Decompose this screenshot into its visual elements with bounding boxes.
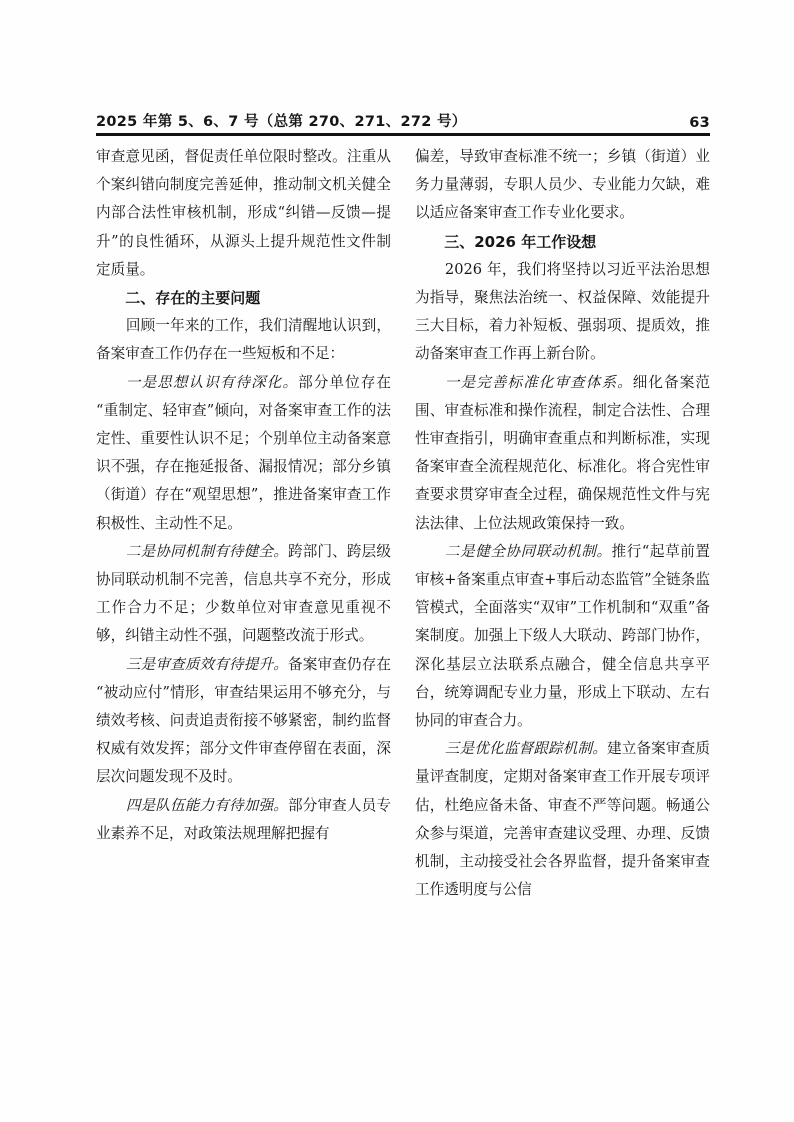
item-text: 推行“起草前置审核+备案重点审查+事后动态监管”全链条监管模式，全面落实“双审”… bbox=[415, 543, 710, 729]
paragraph-item-1: 一是完善标准化审查体系。细化备案范围、审查标准和操作流程，制定合法性、合理性审查… bbox=[415, 369, 710, 538]
item-lead: 二是协同机制有待健全。 bbox=[126, 543, 288, 560]
item-text: 建立备案审查质量评查制度，定期对备案审查工作开展专项评估，杜绝应备未备、审查不严… bbox=[415, 740, 710, 898]
paragraph-continuation: 审查意见函，督促责任单位限时整改。注重从个案纠错向制度完善延伸，推动制文机关健全… bbox=[96, 143, 391, 284]
item-lead: 三是优化监督跟踪机制。 bbox=[445, 740, 607, 757]
paragraph-overview: 2026 年，我们将坚持以习近平法治思想为指导，聚焦法治统一、权益保障、效能提升… bbox=[415, 256, 710, 369]
paragraph-item-3: 三是审查质效有待提升。备案审查仍存在“被动应付”情形，审查结果运用不够充分，与绩… bbox=[96, 651, 391, 792]
left-column: 审查意见函，督促责任单位限时整改。注重从个案纠错向制度完善延伸，推动制文机关健全… bbox=[96, 143, 391, 904]
item-lead: 三是审查质效有待提升。 bbox=[126, 656, 288, 673]
two-column-body: 审查意见函，督促责任单位限时整改。注重从个案纠错向制度完善延伸，推动制文机关健全… bbox=[96, 143, 710, 904]
section-heading-problems: 二、存在的主要问题 bbox=[96, 284, 391, 312]
paragraph-item-2: 二是健全协同联动机制。推行“起草前置审核+备案重点审查+事后动态监管”全链条监管… bbox=[415, 538, 710, 735]
running-header: 2025 年第 5、6、7 号（总第 270、271、272 号） 63 bbox=[96, 110, 710, 136]
item-lead: 一是思想认识有待深化。 bbox=[126, 374, 298, 391]
right-column: 偏差，导致审查标准不统一；乡镇（街道）业务力量薄弱，专职人员少、专业能力欠缺，难… bbox=[415, 143, 710, 904]
journal-page: 2025 年第 5、6、7 号（总第 270、271、272 号） 63 审查意… bbox=[0, 0, 794, 1122]
item-text: 部分单位存在“重制定、轻审查”倾向，对备案审查工作的法定性、重要性认识不足；个别… bbox=[96, 374, 391, 532]
item-lead: 二是健全协同联动机制。 bbox=[445, 543, 612, 560]
section-heading-plans: 三、2026 年工作设想 bbox=[415, 228, 710, 256]
page-content: 2025 年第 5、6、7 号（总第 270、271、272 号） 63 审查意… bbox=[96, 110, 710, 904]
paragraph-item-3: 三是优化监督跟踪机制。建立备案审查质量评查制度，定期对备案审查工作开展专项评估，… bbox=[415, 735, 710, 904]
paragraph-continuation: 偏差，导致审查标准不统一；乡镇（街道）业务力量薄弱，专职人员少、专业能力欠缺，难… bbox=[415, 143, 710, 228]
item-lead: 四是队伍能力有待加强。 bbox=[126, 797, 288, 814]
page-number: 63 bbox=[689, 115, 710, 131]
item-lead: 一是完善标准化审查体系。 bbox=[445, 374, 633, 391]
item-text: 细化备案范围、审查标准和操作流程，制定合法性、合理性审查指引，明确审查重点和判断… bbox=[415, 374, 710, 532]
paragraph-item-4: 四是队伍能力有待加强。部分审查人员专业素养不足，对政策法规理解把握有 bbox=[96, 792, 391, 848]
paragraph-item-1: 一是思想认识有待深化。部分单位存在“重制定、轻审查”倾向，对备案审查工作的法定性… bbox=[96, 369, 391, 538]
paragraph-overview: 回顾一年来的工作，我们清醒地认识到，备案审查工作仍存在一些短板和不足： bbox=[96, 312, 391, 368]
journal-issue-label: 2025 年第 5、6、7 号（总第 270、271、272 号） bbox=[96, 110, 467, 131]
item-text: 备案审查仍存在“被动应付”情形，审查结果运用不够充分，与绩效考核、问责追责衔接不… bbox=[96, 656, 391, 786]
paragraph-item-2: 二是协同机制有待健全。跨部门、跨层级协同联动机制不完善，信息共享不充分，形成工作… bbox=[96, 538, 391, 651]
